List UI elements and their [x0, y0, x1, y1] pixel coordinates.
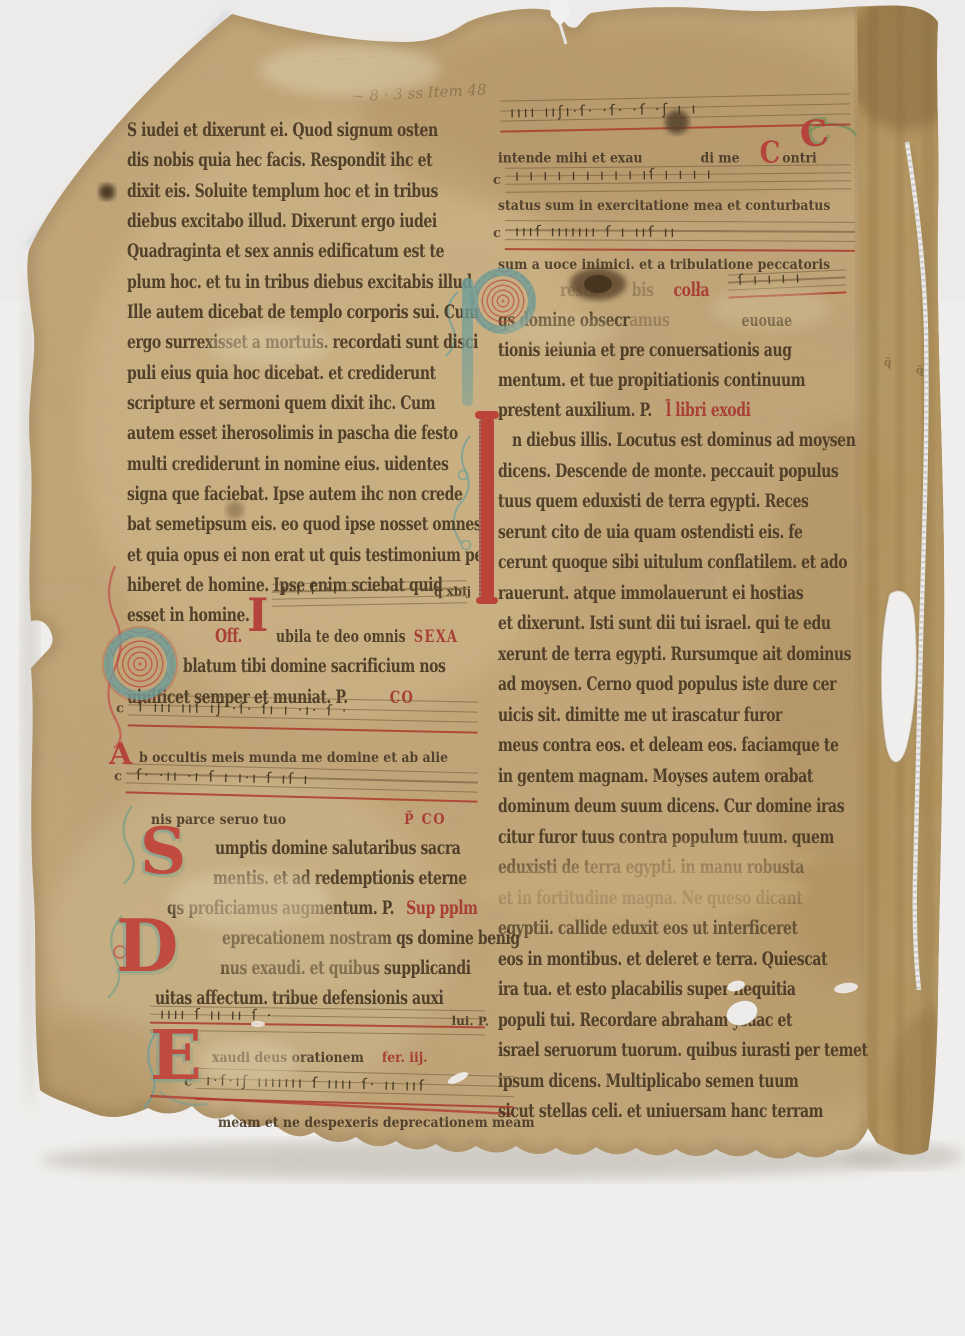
right-column-text-line: sicut stellas celi. et uniuersam hanc te… — [498, 1101, 823, 1122]
music-staff: ı·ı ſ ·ıq̃ xbij — [272, 580, 467, 605]
left-column-text-line: nus exaudi. et quibus supplicandi — [220, 958, 471, 979]
text-segment: uicis sit. dimitte me ut irascatur furor — [498, 705, 782, 726]
staff-line — [505, 188, 851, 193]
right-column-text-line: eos in montibus. et deleret e terra. Qui… — [498, 949, 827, 970]
left-column-text-line: qs proficiamus augmentum. P.Sup pplm — [167, 898, 478, 919]
clef-c: c — [493, 226, 501, 241]
text-segment: ipsum dicens. Multiplicabo semen tuum — [498, 1071, 798, 1092]
text-segment: n diebus illis. Locutus est dominus ad m… — [512, 430, 855, 451]
right-column-text-line: tionis ieiunia et pre conuersationis aug — [498, 340, 792, 361]
text-segment: Ille autem dicebat de templo corporis su… — [127, 302, 479, 323]
initial-S: S — [140, 820, 186, 884]
right-column-text-line: et dixerunt. Isti sunt dii tui israel. q… — [498, 613, 831, 634]
text-segment: bis — [632, 280, 654, 301]
text-segment: sicut stellas celi. et uniuersam hanc te… — [498, 1101, 823, 1122]
right-column-text-line: serunt cito de uia quam ostendisti eis. … — [498, 522, 803, 543]
text-segment: et quia opus ei non erat ut quis testimo… — [127, 545, 490, 566]
text-segment: cerunt quoque sibi uitulum conflatilem. … — [498, 552, 847, 573]
text-segment: meus contra eos. et deleam eos. faciamqu… — [498, 735, 839, 756]
left-column-text-line: et quia opus ei non erat ut quis testimo… — [127, 545, 490, 566]
text-segment: ubila te deo omnis — [276, 626, 406, 646]
right-column-text-line: ipsum dicens. Multiplicabo semen tuum — [498, 1071, 798, 1092]
text-segment: egyptii. callide eduxit eos ut interfice… — [498, 918, 798, 939]
text-segment: scripture et sermoni quem dixit ihc. Cum — [127, 393, 435, 414]
right-column-text-line: uicis sit. dimitte me ut irascatur furor — [498, 705, 782, 726]
text-segment: israel seruorum tuorum. quibus iurasti p… — [498, 1040, 868, 1061]
text-segment: autem esset iherosolimis in pascha die f… — [127, 423, 458, 444]
right-column-text-line: cerunt quoque sibi uitulum conflatilem. … — [498, 552, 847, 573]
initial-P — [462, 268, 532, 418]
text-segment: eos in montibus. et deleret e terra. Qui… — [498, 949, 827, 970]
left-column-text-line: diebus excitabo illud. Dixerunt ergo iud… — [127, 211, 437, 232]
staff-line-red — [126, 791, 478, 802]
text-segment: amus — [629, 310, 669, 331]
manuscript-leaf-content: · ~ ·· ~~ · ~ ·~ 8 · 3 ss Item 48S iudei… — [0, 0, 965, 1336]
initial-E: E — [150, 1022, 202, 1090]
text-segment: Off. — [215, 626, 242, 647]
clef-c: c — [116, 701, 124, 716]
text-segment: CO — [422, 811, 446, 828]
text-segment: serunt cito de uia quam ostendisti eis. … — [498, 522, 803, 543]
text-segment: dominum deum suum dicens. Cur domine ira… — [498, 796, 844, 817]
text-segment: plum hoc. et tu in tribus diebus excitab… — [127, 272, 472, 293]
text-segment: rauerunt. atque immolauerunt ei hostias — [498, 583, 803, 604]
right-column-text-line: egyptii. callide eduxit eos ut interfice… — [498, 918, 798, 939]
text-segment: xaudi deus orationem — [212, 1048, 364, 1065]
left-column-text-line: blatum tibi domine sacrificium nos — [183, 656, 446, 677]
left-column-text-line: scripture et sermoni quem dixit ihc. Cum — [127, 393, 435, 414]
music-staff: cſ ııı ııſ ıʃ ·ſ· ſı ı ·ı· ſ · — [128, 694, 479, 731]
faded-inscription: · ~ ·· ~~ · ~ · — [300, 49, 390, 70]
strip-text-fragment: q̃s — [916, 364, 931, 378]
neumes: ſ ı ı ı ı — [737, 269, 802, 290]
left-column-text-line: dis nobis quia hec facis. Respondit ihc … — [127, 150, 432, 171]
text-segment: SEXA — [414, 627, 459, 647]
staff-line-red — [128, 724, 478, 733]
right-column-text-line: dicens. Descende de monte. peccauit popu… — [498, 461, 838, 482]
text-segment: colła — [674, 280, 710, 301]
text-segment: intende mihi et exau — [498, 149, 643, 166]
text-segment: et dixerunt. Isti sunt dii tui israel. q… — [498, 613, 831, 634]
text-segment: bat semetipsum eis. eo quod ipse nosset … — [127, 514, 481, 535]
initial-I-lectio — [479, 416, 494, 601]
left-column-text-line: puli eius quia hoc dicebat. et credideru… — [127, 363, 436, 384]
text-segment: puli eius quia hoc dicebat. et credideru… — [127, 363, 436, 384]
left-column-text-line: Ille autem dicebat de templo corporis su… — [127, 302, 479, 323]
text-segment: meam et ne despexeris deprecationem meam — [218, 1113, 535, 1130]
text-segment: qs proficiamus augmentum. P. — [167, 898, 394, 919]
initial-P-bowl — [470, 268, 536, 334]
staff-line-red — [196, 1098, 514, 1108]
staff-tail-text: q̃ xbij — [434, 584, 471, 599]
right-column-text-line: dominum deum suum dicens. Cur domine ira… — [498, 796, 844, 817]
left-column-text-line: b occultis meis munda me domine et ab al… — [139, 748, 448, 765]
text-segment: umptis domine salutaribus sacra — [215, 838, 460, 859]
text-segment: blatum tibi domine sacrificium nos — [183, 656, 446, 677]
text-segment: fer. iij. — [382, 1048, 428, 1065]
right-column-text-line: eduxisti de terra egypti. in manu robust… — [498, 857, 804, 878]
right-column-text-line: qs domine obsecramuseuouae — [498, 310, 792, 331]
right-column-text-line: in gentem magnam. Moyses autem orabat — [498, 766, 813, 787]
left-column-text-line: plum hoc. et tu in tribus diebus excitab… — [127, 272, 472, 293]
text-segment: signa que faciebat. Ipse autem ihc non c… — [127, 484, 462, 505]
right-column-text-line: status sum in exercitatione mea et contu… — [498, 196, 830, 213]
initial-C: C — [798, 114, 831, 154]
left-column-text-line: Off.ubila te deo omnisSEXA — [127, 626, 458, 647]
text-segment: dis nobis quia hec facis. Respondit ihc … — [127, 150, 432, 171]
text-segment: status sum in exercitatione mea et contu… — [498, 196, 830, 213]
text-segment: l̃ libri exodi — [666, 400, 751, 421]
text-segment: Sup pplm — [406, 898, 477, 919]
neumes: ı ı ı ı ı ı ı ı ı ıſ ı ı ı ı — [515, 164, 714, 184]
text-segment: mentis. et ad redemptionis eterne — [213, 868, 467, 889]
left-column-text-line: esset in homine. — [127, 605, 250, 626]
left-column-text-line: nis parce seruo tuoP̃CO — [151, 810, 446, 828]
text-segment: eprecationem nostram qs domine benig — [222, 928, 520, 949]
music-staff: ſ ı ı ı ı — [728, 269, 847, 296]
text-segment: in gentem magnam. Moyses autem orabat — [498, 766, 813, 787]
faded-inscription: ~ 8 · 3 ss Item 48 — [352, 80, 487, 105]
neumes: ı·ſ·ıʃ ııııııı ſ ıııı ſ· ıı ııſ — [206, 1071, 427, 1095]
text-segment: diebus excitabo illud. Dixerunt ergo iud… — [127, 211, 437, 232]
staff-line-red — [505, 248, 855, 252]
left-column-text-line: Quadraginta et sex annis edificatum est … — [127, 241, 444, 262]
left-column-text-line: meam et ne despexeris deprecationem meam — [218, 1113, 535, 1130]
right-column-text-line: ad moysen. Cerno quod populus iste dure … — [498, 674, 836, 695]
left-column-text-line: autem esset iherosolimis in pascha die f… — [127, 423, 458, 444]
text-segment: S iudei et dixerunt ei. Quod signum oste… — [127, 120, 438, 141]
right-column-text-line: tuus quem eduxisti de terra egypti. Rece… — [498, 491, 808, 512]
right-column-text-line: meus contra eos. et deleam eos. faciamqu… — [498, 735, 839, 756]
text-segment: dixit eis. Soluite templum hoc et in tri… — [127, 181, 438, 202]
left-column-text-line: mentis. et ad redemptionis eterne — [213, 868, 467, 889]
left-column-text-line: eprecationem nostram qs domine benig — [222, 928, 520, 949]
initial-O — [104, 628, 176, 700]
neumes: ı·ı ſ ·ı — [282, 580, 340, 599]
text-segment: b occultis meis munda me domine et ab al… — [139, 748, 448, 765]
neumes: ſ ııı ııſ ıʃ ·ſ· ſı ı ·ı· ſ · — [138, 698, 349, 720]
text-segment: di me — [701, 149, 740, 166]
left-column-text-line: ergo surrexisset a mortuis. recordati su… — [127, 332, 478, 353]
left-column-text-line: signa que faciebat. Ipse autem ihc non c… — [127, 484, 462, 505]
right-column-text-line: citur furor tuus contra populum tuum. qu… — [498, 827, 834, 848]
text-segment: nus exaudi. et quibus supplicandi — [220, 958, 471, 979]
initial-A: A — [109, 740, 132, 770]
right-column-text-line: restabiscolła — [560, 280, 709, 301]
text-segment: eduxisti de terra egypti. in manu robust… — [498, 857, 804, 878]
right-column-text-line: xerunt de terra egypti. Rursumque ait do… — [498, 644, 851, 665]
right-column-text-line: israel seruorum tuorum. quibus iurasti p… — [498, 1040, 868, 1061]
text-segment: Quadraginta et sex annis edificatum est … — [127, 241, 444, 262]
text-segment: mentum. et tue propitiationis continuum — [498, 370, 805, 391]
text-segment: tionis ieiunia et pre conuersationis aug — [498, 340, 792, 361]
left-column-text-line: multi crediderunt in nomine eius. uident… — [127, 454, 449, 475]
music-staff: cı ı ı ı ı ı ı ı ı ıſ ı ı ı ı — [505, 164, 851, 192]
initial-D: D — [116, 910, 178, 982]
text-segment: et in fortitudine magna. Ne queso dicant — [498, 888, 802, 909]
text-segment: citur furor tuus contra populum tuum. qu… — [498, 827, 834, 848]
right-column-text-line: mentum. et tue propitiationis continuum — [498, 370, 805, 391]
music-staff: cıııſ ııııııı ſ ı ııſ ıı — [505, 220, 855, 250]
right-column-text-line: n diebus illis. Locutus est dominus ad m… — [512, 430, 855, 451]
text-segment: euouae — [742, 310, 793, 330]
text-segment: ad moysen. Cerno quod populus iste dure … — [498, 674, 836, 695]
text-segment: ergo surrexisset a mortuis. recordati su… — [127, 332, 478, 353]
text-segment: dicens. Descende de monte. peccauit popu… — [498, 461, 838, 482]
strip-text-fragment: q̃ — [883, 356, 892, 370]
initial-I: I — [247, 592, 269, 638]
neumes: ſ· ·ıı ·ı ſ ı ı·ı ſ ıſ ı — [136, 765, 311, 788]
strip-text-fragment: ſ· — [886, 699, 901, 711]
right-column-text-line: rauerunt. atque immolauerunt ei hostias — [498, 583, 803, 604]
right-column-text-line: et in fortitudine magna. Ne queso dicant — [498, 888, 802, 909]
right-column-text-line: populi tui. Recordare abraham ysaac et — [498, 1010, 792, 1031]
text-segment: populi tui. Recordare abraham ysaac et — [498, 1010, 792, 1031]
left-column-text-line: dixit eis. Soluite templum hoc et in tri… — [127, 181, 438, 202]
staff-tail-text: lui. P. — [451, 1014, 489, 1029]
staff-line — [272, 602, 467, 607]
left-column-text-line: bat semetipsum eis. eo quod ipse nosset … — [127, 514, 481, 535]
text-segment: multi crediderunt in nomine eius. uident… — [127, 454, 449, 475]
text-segment: resta — [560, 280, 598, 301]
manuscript-photo: · ~ ·· ~~ · ~ ·~ 8 · 3 ss Item 48S iudei… — [0, 0, 965, 1336]
neumes: ıııſ ııııııı ſ ı ııſ ıı — [515, 222, 677, 241]
left-column-text-line: S iudei et dixerunt ei. Quod signum oste… — [127, 120, 438, 141]
text-segment: esset in homine. — [127, 605, 250, 626]
text-segment: ira tua. et esto placabilis super nequit… — [498, 979, 796, 1000]
text-segment: P̃ — [404, 810, 413, 827]
music-staff: cı·ſ·ıʃ ııııııı ſ ıııı ſ· ıı ııſ — [196, 1068, 515, 1106]
staff-line-red — [729, 291, 847, 298]
music-staff: cſ· ·ıı ·ı ſ ı ı·ı ſ ıſ ı — [126, 763, 479, 800]
left-column-text-line: umptis domine salutaribus sacra — [215, 838, 460, 859]
left-column-text-line: xaudi deus orationemfer. iij. — [212, 1048, 428, 1065]
right-column-text-line: ira tua. et esto placabilis super nequit… — [498, 979, 796, 1000]
right-column-text-line: prestent auxilium. P.l̃ libri exodi — [498, 400, 751, 421]
text-segment: tuus quem eduxisti de terra egypti. Rece… — [498, 491, 808, 512]
text-segment: xerunt de terra egypti. Rursumque ait do… — [498, 644, 851, 665]
clef-c: c — [493, 173, 501, 188]
